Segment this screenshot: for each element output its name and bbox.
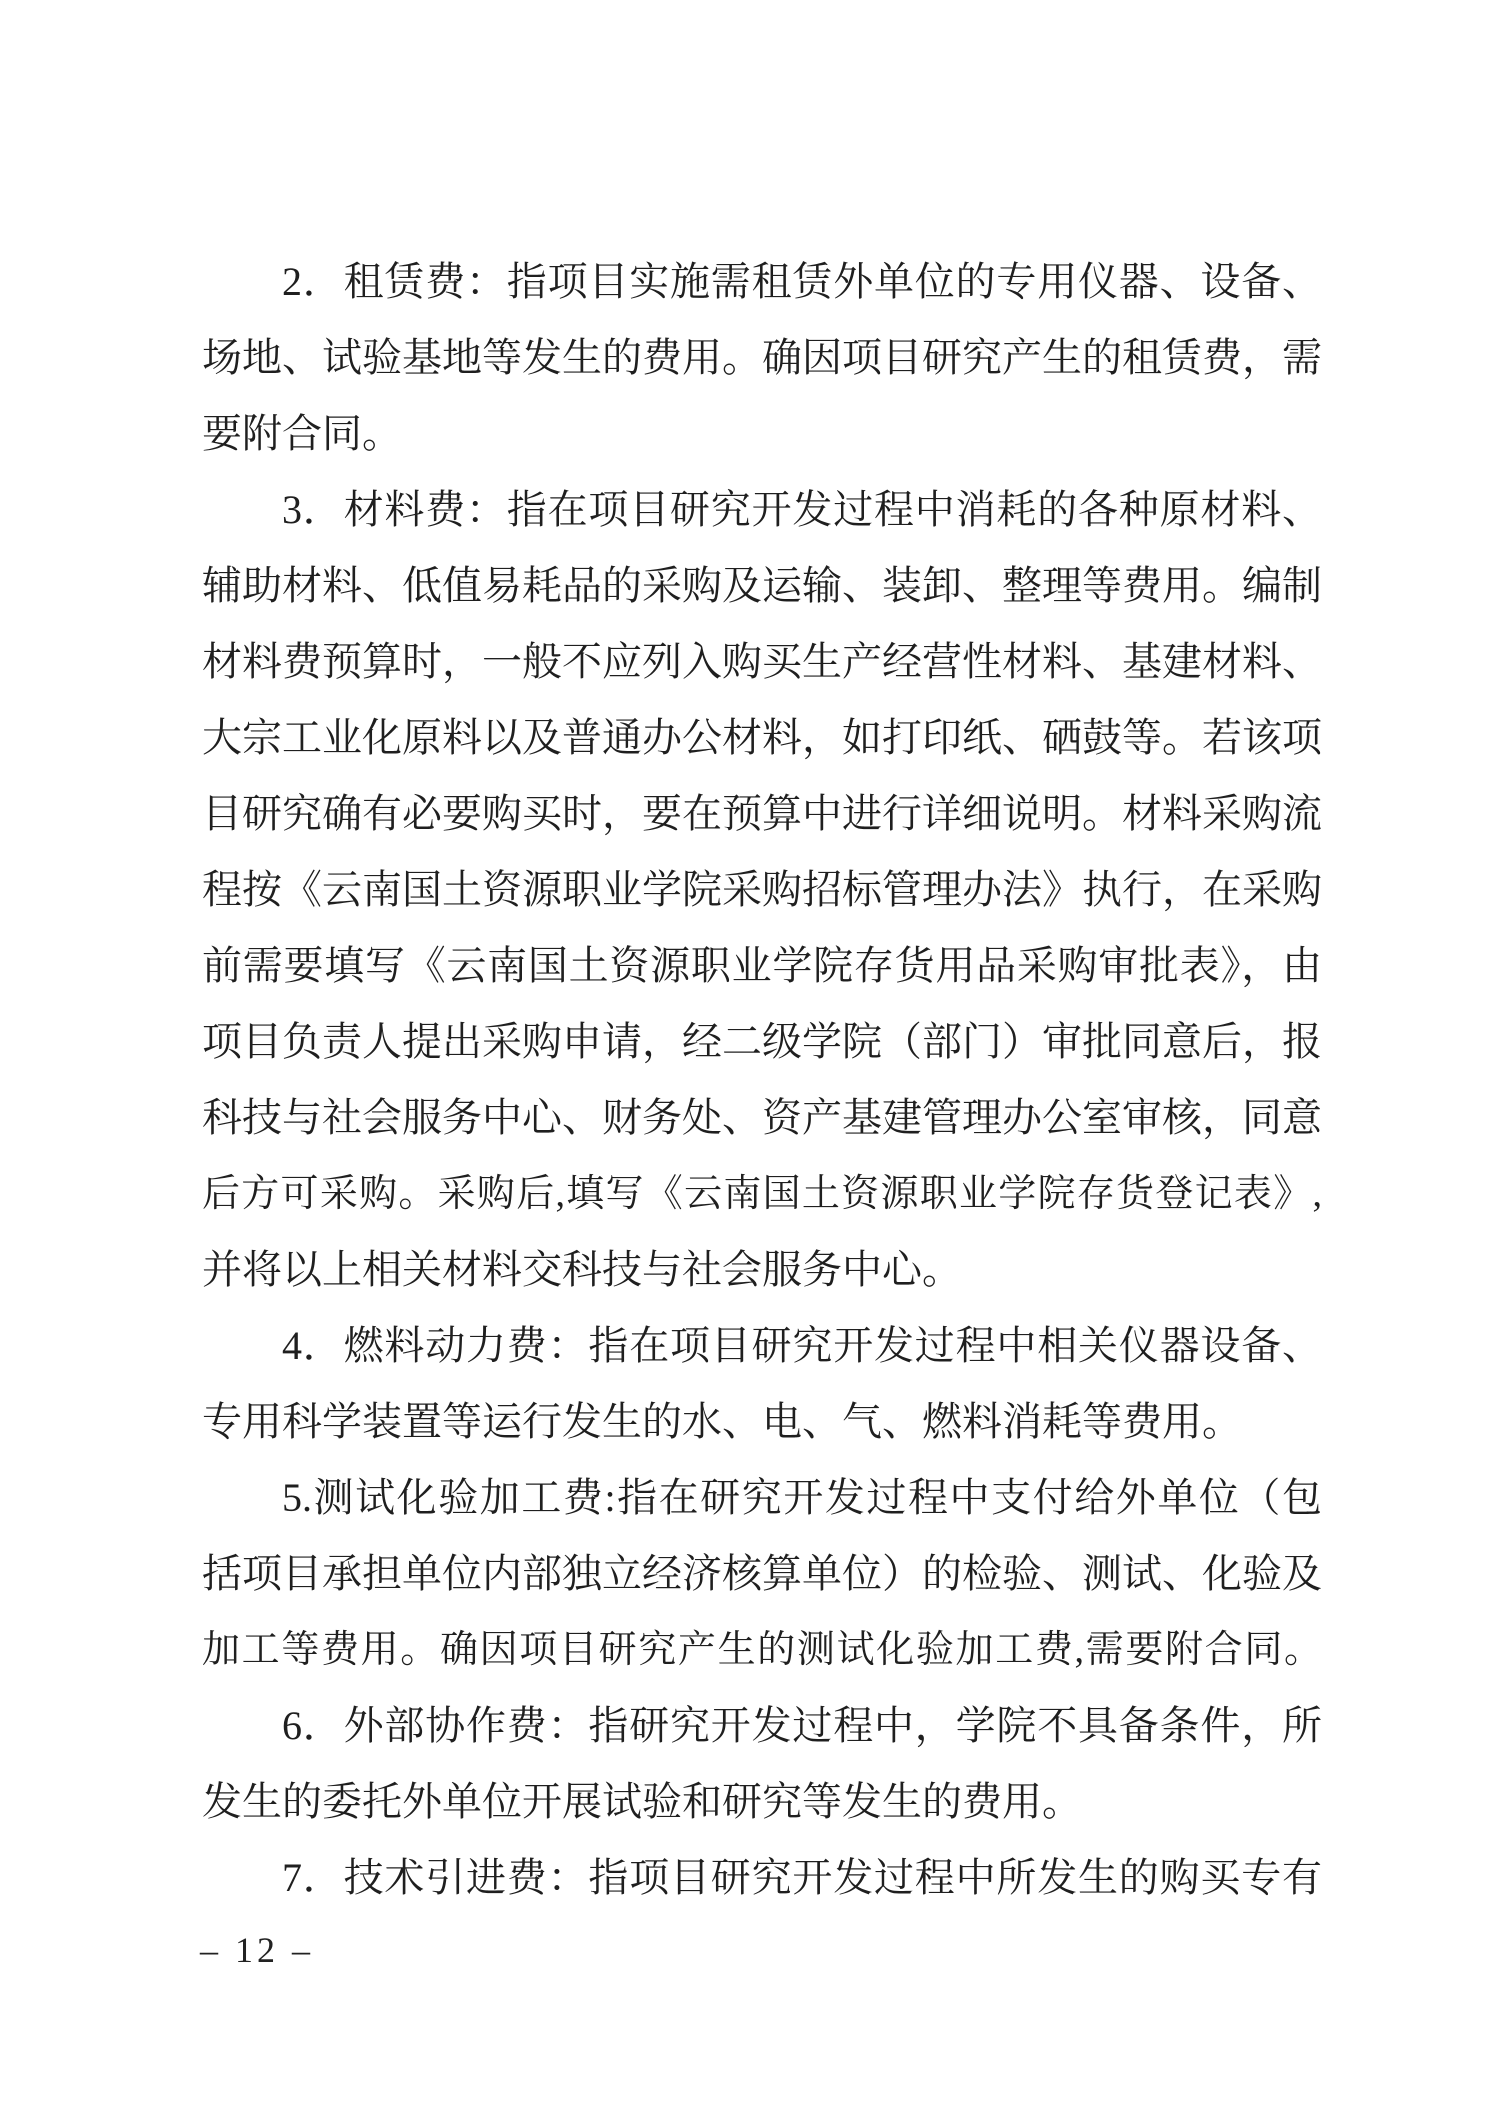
text-line: 4．燃料动力费：指在项目研究开发过程中相关仪器设备、 bbox=[202, 1308, 1322, 1384]
text-line: 括项目承担单位内部独立经济核算单位）的检验、测试、化验及 bbox=[202, 1536, 1322, 1612]
text-line: 7．技术引进费：指项目研究开发过程中所发生的购买专有 bbox=[202, 1840, 1322, 1916]
text-line: 程按《云南国土资源职业学院采购招标管理办法》执行，在采购 bbox=[202, 852, 1322, 928]
text-line: 前需要填写《云南国土资源职业学院存货用品采购审批表》，由 bbox=[202, 928, 1322, 1004]
page-number: – 12 – bbox=[200, 1927, 314, 1973]
text-line: 发生的委托外单位开展试验和研究等发生的费用。 bbox=[202, 1764, 1322, 1840]
body-text: 2．租赁费：指项目实施需租赁外单位的专用仪器、设备、 场地、试验基地等发生的费用… bbox=[202, 244, 1322, 1916]
text-line: 目研究确有必要购买时，要在预算中进行详细说明。材料采购流 bbox=[202, 776, 1322, 852]
text-line: 材料费预算时，一般不应列入购买生产经营性材料、基建材料、 bbox=[202, 624, 1322, 700]
text-line: 5.测试化验加工费:指在研究开发过程中支付给外单位（包 bbox=[202, 1460, 1322, 1536]
text-line: 辅助材料、低值易耗品的采购及运输、装卸、整理等费用。编制 bbox=[202, 548, 1322, 624]
page-background: 2．租赁费：指项目实施需租赁外单位的专用仪器、设备、 场地、试验基地等发生的费用… bbox=[0, 0, 1500, 2121]
text-line: 科技与社会服务中心、财务处、资产基建管理办公室审核，同意 bbox=[202, 1080, 1322, 1156]
text-line: 3．材料费：指在项目研究开发过程中消耗的各种原材料、 bbox=[202, 472, 1322, 548]
text-line: 6．外部协作费：指研究开发过程中，学院不具备条件，所 bbox=[202, 1688, 1322, 1764]
text-line: 项目负责人提出采购申请，经二级学院（部门）审批同意后，报 bbox=[202, 1004, 1322, 1080]
text-line: 场地、试验基地等发生的费用。确因项目研究产生的租赁费，需 bbox=[202, 320, 1322, 396]
text-line: 后方可采购。采购后,填写《云南国土资源职业学院存货登记表》, bbox=[202, 1156, 1322, 1232]
text-line: 加工等费用。确因项目研究产生的测试化验加工费,需要附合同。 bbox=[202, 1612, 1322, 1688]
text-line: 专用科学装置等运行发生的水、电、气、燃料消耗等费用。 bbox=[202, 1384, 1322, 1460]
text-line: 要附合同。 bbox=[202, 396, 1322, 472]
text-line: 大宗工业化原料以及普通办公材料，如打印纸、硒鼓等。若该项 bbox=[202, 700, 1322, 776]
document-page: { "document": { "language": "zh-CN", "te… bbox=[0, 0, 1500, 2121]
text-line: 并将以上相关材料交科技与社会服务中心。 bbox=[202, 1232, 1322, 1308]
text-line: 2．租赁费：指项目实施需租赁外单位的专用仪器、设备、 bbox=[202, 244, 1322, 320]
